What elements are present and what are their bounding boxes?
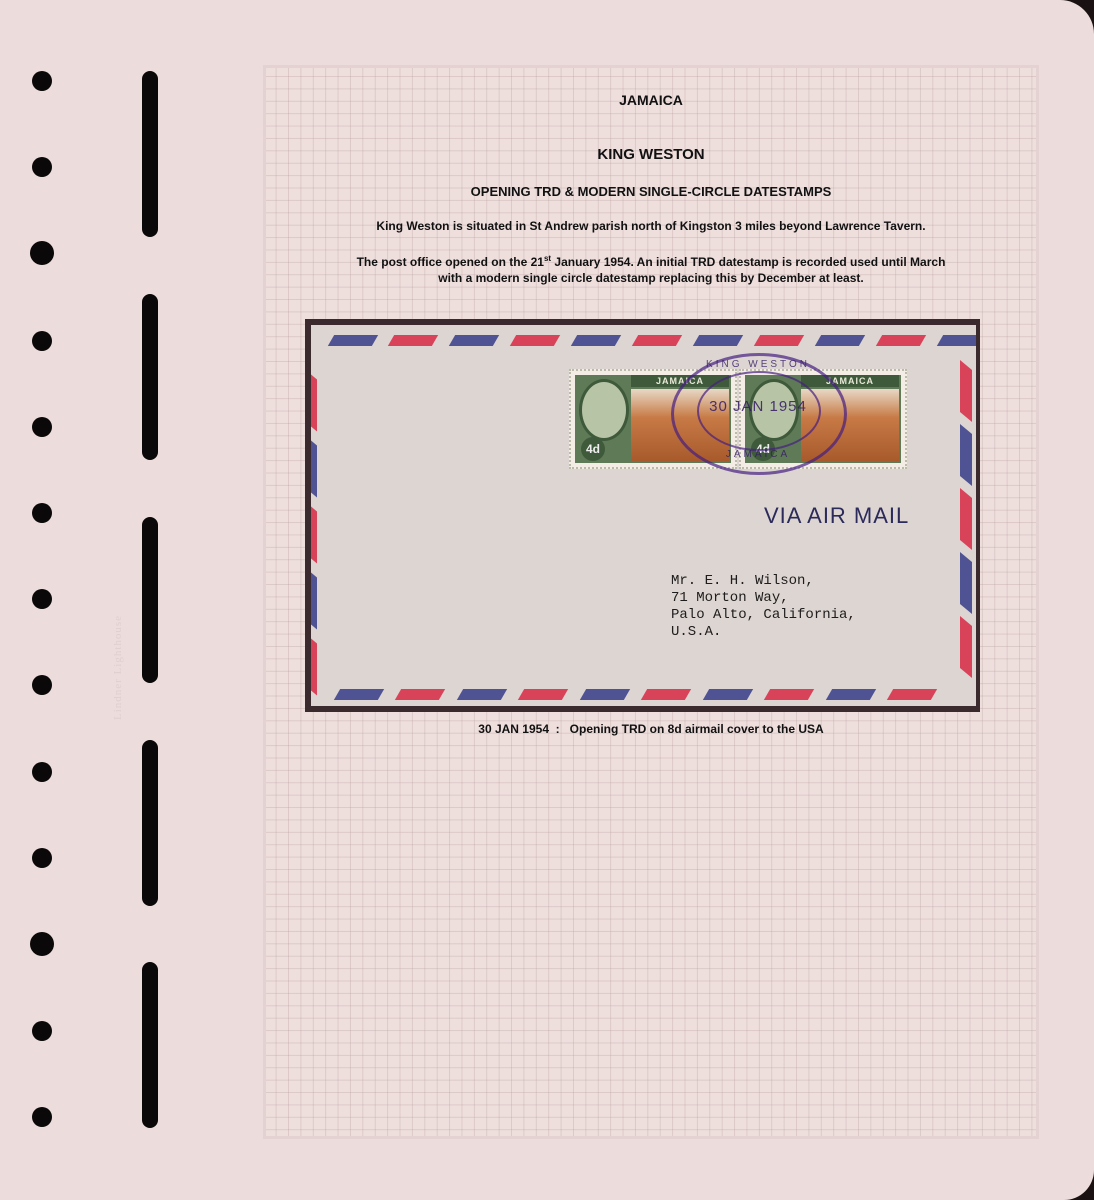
- binder-hole: [30, 932, 54, 956]
- binder-slot: [142, 962, 158, 1128]
- binder-hole: [32, 1107, 52, 1127]
- postmark-country: JAMAICA: [673, 449, 843, 460]
- binder-hole: [32, 762, 52, 782]
- page-title: KING WESTON: [263, 146, 1039, 163]
- album-page: Lindner Lighthouse JAMAICA KING WESTON O…: [0, 0, 1094, 1200]
- binder-slot: [142, 740, 158, 906]
- binder-slot: [142, 294, 158, 460]
- binder-hole: [32, 1021, 52, 1041]
- binder-hole: [32, 589, 52, 609]
- address-block: Mr. E. H. Wilson,71 Morton Way,Palo Alto…: [671, 573, 856, 641]
- king-portrait: [579, 379, 629, 441]
- binder-hole: [32, 675, 52, 695]
- address-line: Mr. E. H. Wilson,: [671, 573, 856, 590]
- address-line: Palo Alto, California,: [671, 607, 856, 624]
- binder-hole: [32, 71, 52, 91]
- stamp-value: 4d: [581, 437, 605, 461]
- envelope: JAMAICA 4d JAMAICA 4d KING WESTON 30 JAN…: [311, 325, 976, 706]
- page-country: JAMAICA: [263, 92, 1039, 108]
- binder-slot: [142, 71, 158, 237]
- binder-hole: [32, 848, 52, 868]
- address-line: U.S.A.: [671, 624, 856, 641]
- description-sup: st: [544, 254, 551, 263]
- postmark-town: KING WESTON: [673, 359, 843, 370]
- binder-hole: [32, 157, 52, 177]
- page-subtitle: OPENING TRD & MODERN SINGLE-CIRCLE DATES…: [263, 184, 1039, 199]
- postmark-date: 30 JAN 1954: [673, 398, 843, 415]
- description-text: The post office opened on the 21: [357, 255, 544, 269]
- description-location: King Weston is situated in St Andrew par…: [263, 219, 1039, 233]
- binder-hole: [32, 503, 52, 523]
- airmail-label: VIA AIR MAIL: [764, 503, 909, 529]
- description-history: The post office opened on the 21st Janua…: [263, 251, 1039, 286]
- cover-caption: 30 JAN 1954 : Opening TRD on 8d airmail …: [263, 722, 1039, 736]
- binder-hole: [32, 331, 52, 351]
- watermark: Lindner Lighthouse: [112, 500, 152, 720]
- airmail-cover: JAMAICA 4d JAMAICA 4d KING WESTON 30 JAN…: [305, 319, 980, 712]
- caption-text: 30 JAN 1954 : Opening TRD on 8d airmail …: [478, 722, 823, 736]
- address-line: 71 Morton Way,: [671, 590, 856, 607]
- binder-hole: [32, 417, 52, 437]
- binder-hole: [30, 241, 54, 265]
